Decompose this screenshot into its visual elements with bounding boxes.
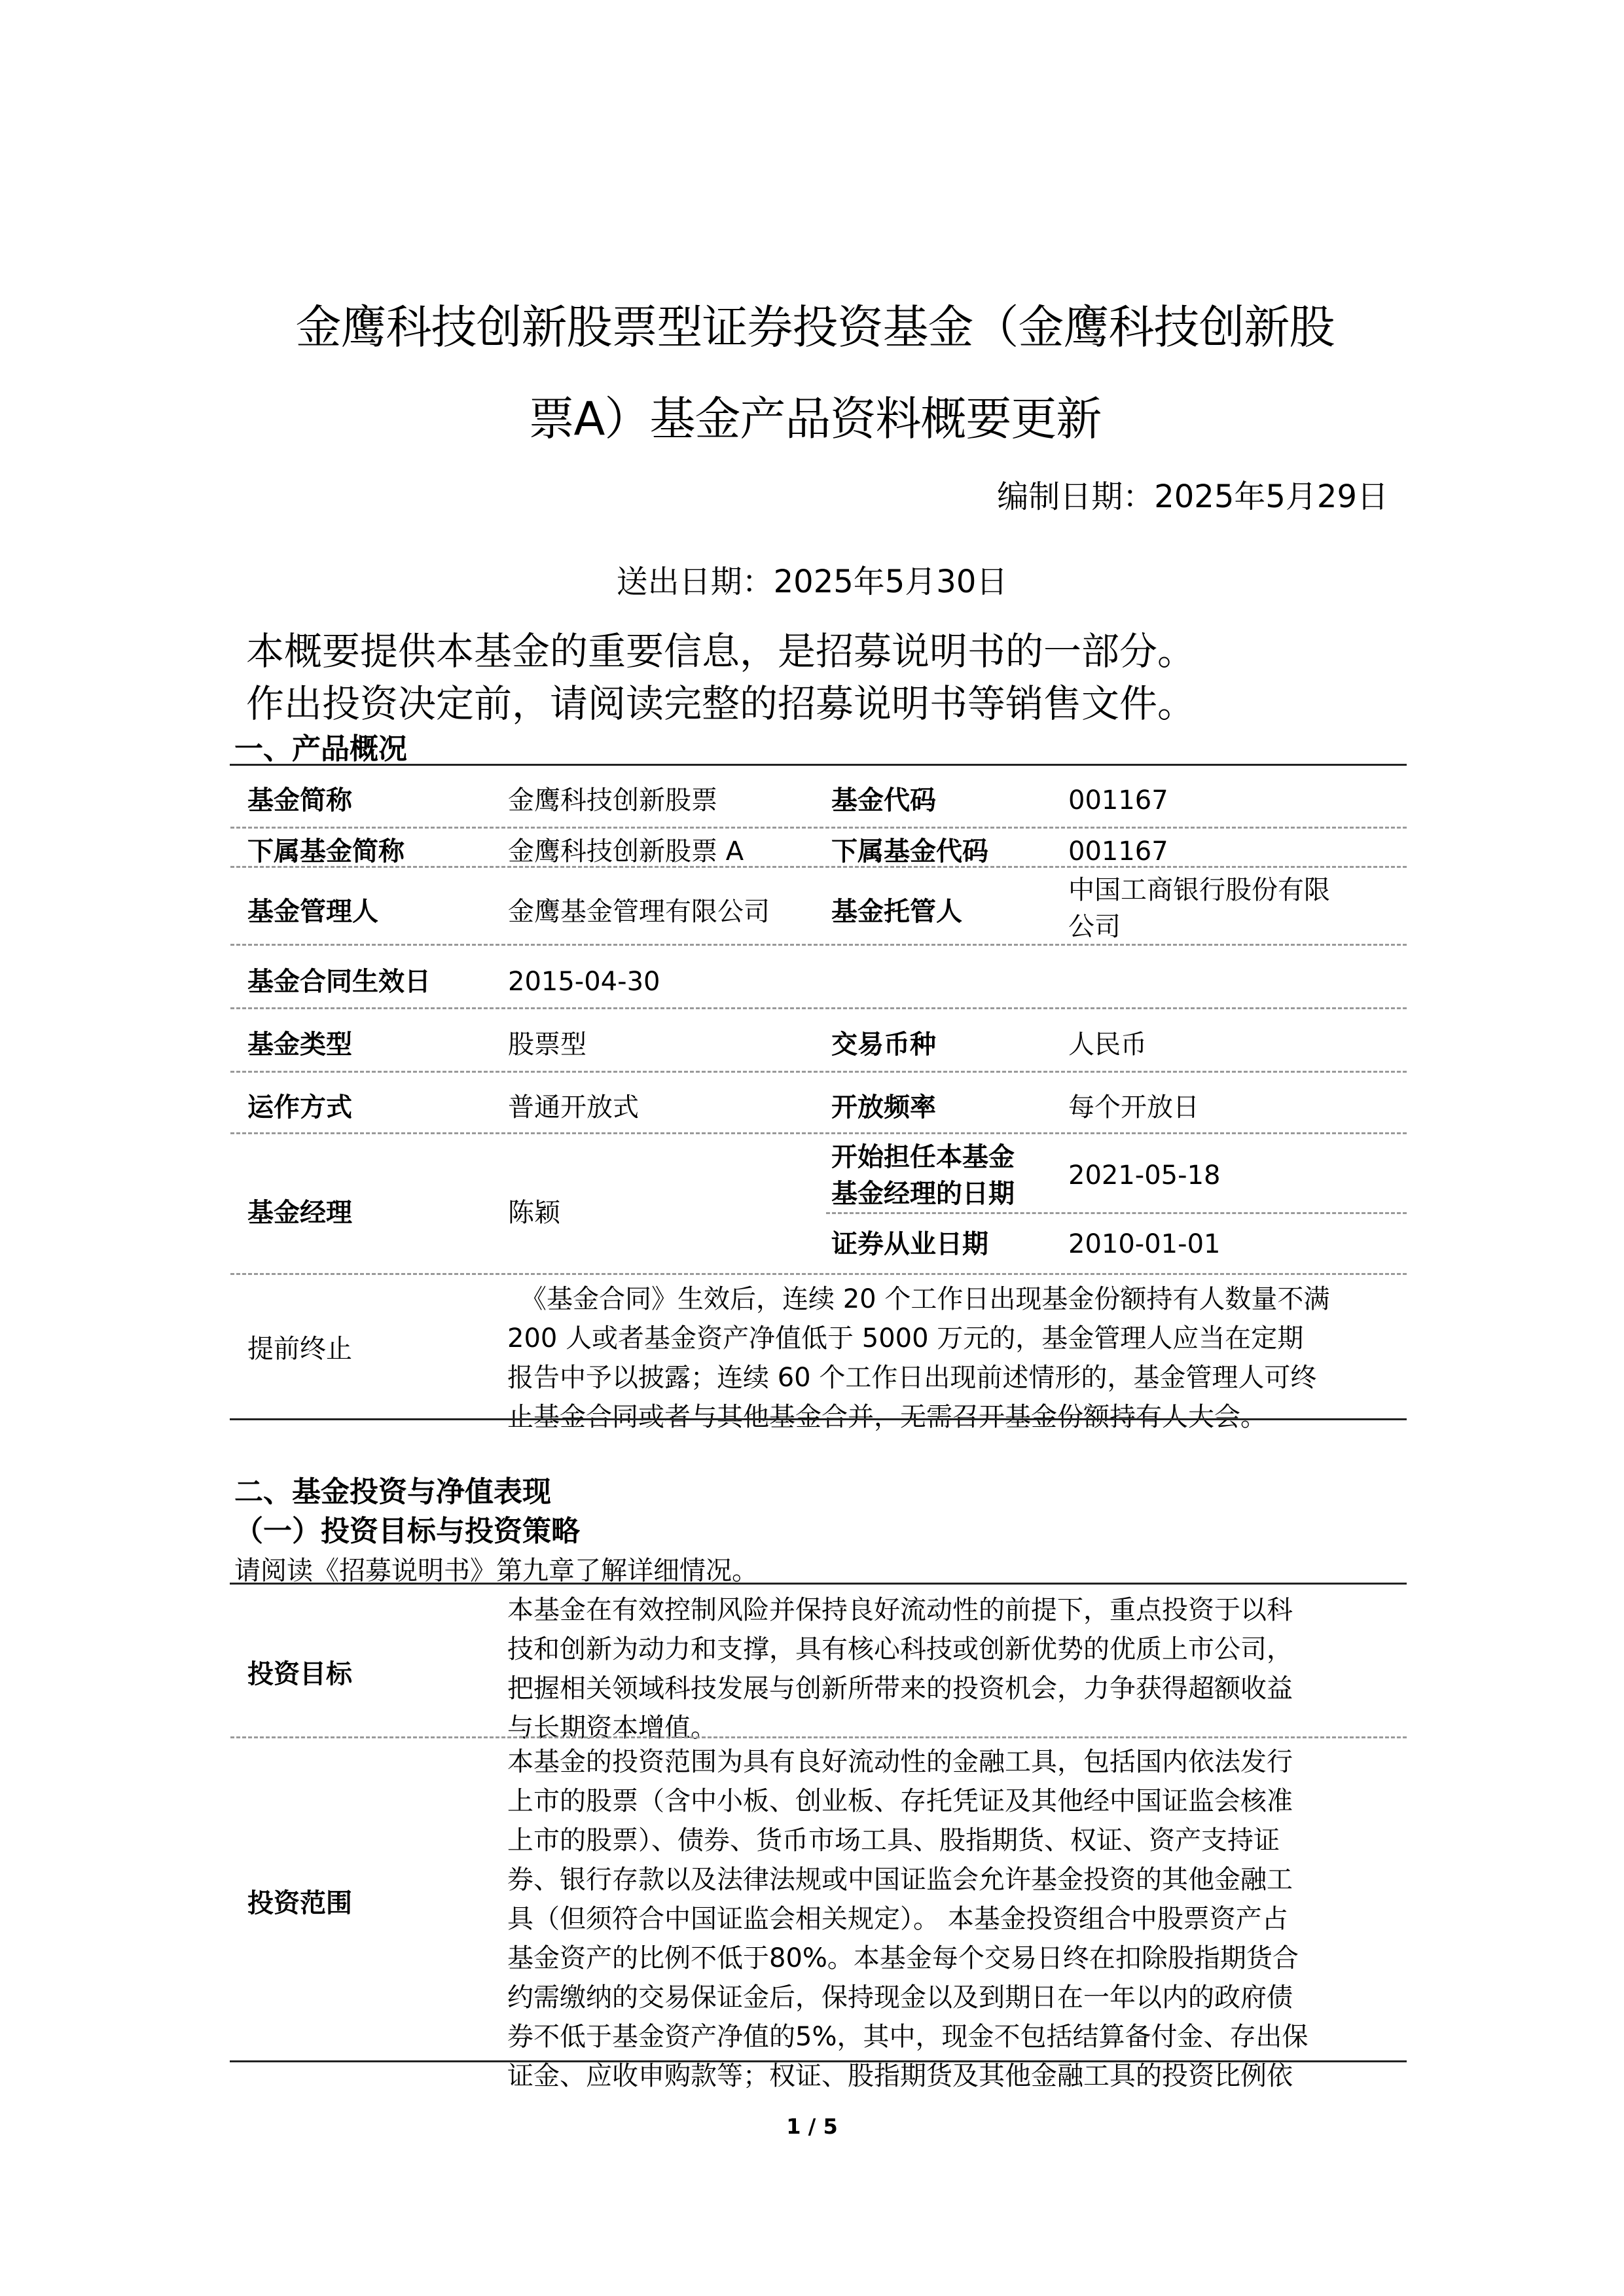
- label-fund-code: 基金代码: [831, 782, 936, 819]
- row-divider: [230, 1007, 1407, 1009]
- label-fund-manager: 基金经理: [247, 1194, 352, 1231]
- value-career-date: 2010-01-01: [1068, 1226, 1220, 1263]
- document-page: 金鹰科技创新股票型证券投资基金（金鹰科技创新股 票A）基金产品资料概要更新 编制…: [0, 0, 1624, 2296]
- custodian-line-2: 公司: [1068, 908, 1330, 945]
- table-bottom-rule: [230, 1418, 1407, 1420]
- label-fund-type: 基金类型: [247, 1026, 352, 1063]
- value-fund-manager: 陈颖: [508, 1194, 560, 1231]
- label-career-date: 证券从业日期: [831, 1226, 988, 1263]
- start-date-label-line-2: 基金经理的日期: [831, 1175, 1015, 1212]
- row-divider: [230, 1132, 1407, 1134]
- value-fund-short-name: 金鹰科技创新股票: [508, 782, 717, 819]
- label-early-termination: 提前终止: [247, 1331, 352, 1367]
- label-investment-scope: 投资范围: [247, 1885, 352, 1922]
- paragraph-line: 本基金的投资范围为具有良好流动性的金融工具，包括国内依法发行: [507, 1742, 1401, 1782]
- value-currency: 人民币: [1068, 1026, 1147, 1063]
- section-heading-investment: 二、基金投资与净值表现: [234, 1468, 551, 1510]
- paragraph-line: 本基金在有效控制风险并保持良好流动性的前提下，重点投资于以科: [507, 1590, 1401, 1630]
- paragraph-line: 止基金合同或者与其他基金合并，无需召开基金份额持有人大会。: [507, 1397, 1401, 1437]
- intro-line-2: 作出投资决定前，请阅读完整的招募说明书等销售文件。: [246, 677, 1195, 730]
- subsection-heading-objective-strategy: （一）投资目标与投资策略: [234, 1507, 580, 1549]
- label-fund-manager-company: 基金管理人: [247, 893, 378, 930]
- custodian-line-1: 中国工商银行股份有限: [1068, 872, 1330, 908]
- row-divider: [230, 1071, 1407, 1073]
- prospectus-note: 请阅读《招募说明书》第九章了解详细情况。: [234, 1550, 758, 1587]
- paragraph-line: 约需缴纳的交易保证金后，保持现金以及到期日在一年以内的政府债: [507, 1978, 1401, 2017]
- label-operation-mode: 运作方式: [247, 1089, 352, 1126]
- compile-date: 编制日期：2025年5月29日: [997, 471, 1388, 516]
- paragraph-line: 基金资产的比例不低于80%。本基金每个交易日终在扣除股指期货合: [507, 1939, 1401, 1978]
- section-heading-product-overview: 一、产品概况: [234, 725, 407, 767]
- table-top-rule: [230, 764, 1407, 766]
- value-early-termination: 《基金合同》生效后，连续 20 个工作日出现基金份额持有人数量不满 200 人或…: [507, 1280, 1401, 1437]
- sub-row-divider: [826, 1212, 1407, 1214]
- paragraph-line: 《基金合同》生效后，连续 20 个工作日出现基金份额持有人数量不满: [507, 1280, 1401, 1319]
- label-sub-fund-short-name: 下属基金简称: [247, 833, 405, 870]
- row-divider: [230, 827, 1407, 829]
- label-sub-fund-code: 下属基金代码: [831, 833, 988, 870]
- value-investment-scope: 本基金的投资范围为具有良好流动性的金融工具，包括国内依法发行 上市的股票（含中小…: [507, 1742, 1401, 2096]
- table-bottom-rule: [230, 2060, 1407, 2062]
- row-divider: [230, 866, 1407, 868]
- document-title: 金鹰科技创新股票型证券投资基金（金鹰科技创新股 票A）基金产品资料概要更新: [229, 281, 1401, 465]
- paragraph-line: 上市的股票）、债券、货币市场工具、股指期货、权证、资产支持证: [507, 1821, 1401, 1860]
- row-divider: [230, 1273, 1407, 1275]
- label-start-date: 开始担任本基金 基金经理的日期: [831, 1139, 1015, 1212]
- paragraph-line: 技和创新为动力和支撑，具有核心科技或创新优势的优质上市公司，: [507, 1630, 1401, 1669]
- value-sub-fund-code: 001167: [1068, 833, 1168, 870]
- paragraph-line: 与长期资本增值。: [507, 1708, 1401, 1748]
- value-fund-manager-company: 金鹰基金管理有限公司: [508, 893, 770, 930]
- label-custodian: 基金托管人: [831, 893, 962, 930]
- paragraph-line: 证金、应收申购款等；权证、股指期货及其他金融工具的投资比例依: [507, 2056, 1401, 2096]
- title-line-2: 票A）基金产品资料概要更新: [229, 373, 1401, 465]
- label-contract-effective-date: 基金合同生效日: [247, 963, 431, 1000]
- label-currency: 交易币种: [831, 1026, 936, 1063]
- paragraph-line: 报告中予以披露；连续 60 个工作日出现前述情形的，基金管理人可终: [507, 1358, 1401, 1397]
- value-fund-code: 001167: [1068, 782, 1168, 819]
- paragraph-line: 券不低于基金资产净值的5%，其中，现金不包括结算备付金、存出保: [507, 2017, 1401, 2056]
- start-date-label-line-1: 开始担任本基金: [831, 1139, 1015, 1175]
- send-date: 送出日期：2025年5月30日: [0, 556, 1624, 601]
- title-line-1: 金鹰科技创新股票型证券投资基金（金鹰科技创新股: [229, 281, 1401, 373]
- label-investment-objective: 投资目标: [247, 1656, 352, 1693]
- intro-line-1: 本概要提供本基金的重要信息，是招募说明书的一部分。: [246, 625, 1195, 677]
- value-start-date: 2021-05-18: [1068, 1157, 1220, 1194]
- paragraph-line: 券、银行存款以及法律法规或中国证监会允许基金投资的其他金融工: [507, 1860, 1401, 1899]
- intro-statement: 本概要提供本基金的重要信息，是招募说明书的一部分。 作出投资决定前，请阅读完整的…: [246, 625, 1195, 730]
- paragraph-line: 200 人或者基金资产净值低于 5000 万元的，基金管理人应当在定期: [507, 1319, 1401, 1358]
- paragraph-line: 把握相关领域科技发展与创新所带来的投资机会，力争获得超额收益: [507, 1669, 1401, 1708]
- paragraph-line: 具（但须符合中国证监会相关规定）。 本基金投资组合中股票资产占: [507, 1899, 1401, 1939]
- value-custodian: 中国工商银行股份有限 公司: [1068, 872, 1330, 945]
- value-fund-type: 股票型: [508, 1026, 586, 1063]
- label-fund-short-name: 基金简称: [247, 782, 352, 819]
- value-operation-mode: 普通开放式: [508, 1089, 639, 1126]
- value-investment-objective: 本基金在有效控制风险并保持良好流动性的前提下，重点投资于以科 技和创新为动力和支…: [507, 1590, 1401, 1748]
- value-open-frequency: 每个开放日: [1068, 1089, 1199, 1126]
- label-open-frequency: 开放频率: [831, 1089, 936, 1126]
- value-contract-effective-date: 2015-04-30: [508, 963, 660, 1000]
- table-top-rule: [230, 1583, 1407, 1585]
- page-number: 1 / 5: [0, 2114, 1624, 2139]
- row-divider: [230, 1736, 1407, 1738]
- value-sub-fund-short-name: 金鹰科技创新股票 A: [508, 833, 744, 870]
- row-divider: [230, 944, 1407, 946]
- paragraph-line: 上市的股票（含中小板、创业板、存托凭证及其他经中国证监会核准: [507, 1782, 1401, 1821]
